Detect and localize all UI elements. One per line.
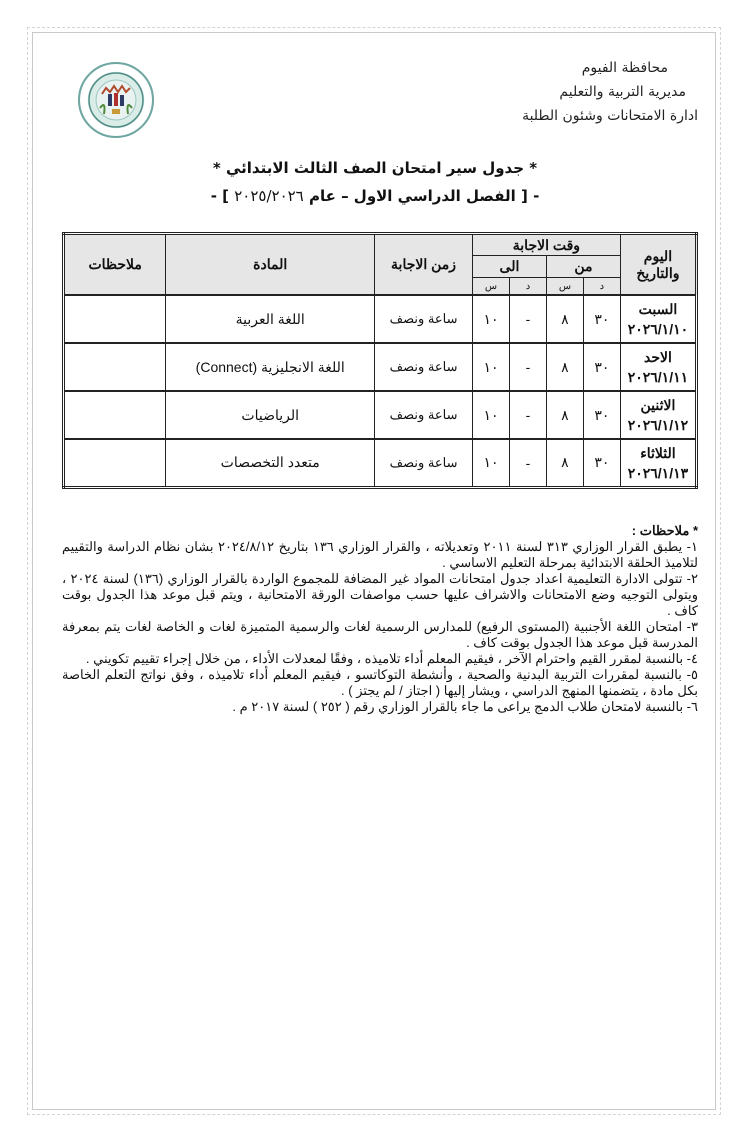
subject: اللغة العربية	[166, 295, 375, 343]
notes-section: * ملاحظات : ١- يطبق القرار الوزاري ٣١٣ ل…	[62, 523, 698, 715]
header-subject: المادة	[166, 234, 375, 296]
from-hour: ٨	[546, 391, 583, 439]
day-date-cell: الاثنين ٢٠٢٦/١/١٢	[620, 391, 696, 439]
table-row: السبت ٢٠٢٦/١/١٠ ٣٠ ٨ - ١٠ ساعة ونصف اللغ…	[64, 295, 697, 343]
day-name: الثلاثاء	[640, 445, 675, 461]
header-organization-block: محافظة الفيوم مديرية التربية والتعليم اد…	[522, 56, 698, 128]
note-item: ١- يطبق القرار الوزاري ٣١٣ لسنة ٢٠١١ وتع…	[62, 539, 698, 571]
header-answer-time: وقت الاجابة	[473, 234, 621, 256]
exam-date: ٢٠٢٦/١/١٠	[621, 319, 695, 339]
department-name: ادارة الامتحانات وشئون الطلبة	[522, 104, 698, 128]
governorate-name: محافظة الفيوم	[522, 56, 698, 80]
note-item: ٥- بالنسبة لمقررات التربية البدنية والصح…	[62, 667, 698, 699]
duration: ساعة ونصف	[375, 295, 473, 343]
day-name: الاثنين	[640, 397, 675, 413]
exam-schedule-table: اليوم والتاريخ وقت الاجابة زمن الاجابة ا…	[62, 232, 698, 489]
document-title-block: * جدول سير امتحان الصف الثالث الابتدائي …	[0, 154, 750, 210]
table-row: الثلاثاء ٢٠٢٦/١/١٣ ٣٠ ٨ - ١٠ ساعة ونصف م…	[64, 439, 697, 487]
subtitle-suffix: ] -	[211, 187, 229, 205]
row-notes	[64, 391, 166, 439]
page-title: * جدول سير امتحان الصف الثالث الابتدائي …	[0, 154, 750, 182]
exam-date: ٢٠٢٦/١/١٢	[621, 415, 695, 435]
header-day-date: اليوم والتاريخ	[620, 234, 696, 296]
note-item: ٦- بالنسبة لامتحان طلاب الدمج يراعى ما ج…	[62, 699, 698, 715]
day-date-cell: الاحد ٢٠٢٦/١/١١	[620, 343, 696, 391]
from-hour: ٨	[546, 295, 583, 343]
from-minute: ٣٠	[583, 343, 620, 391]
subject: متعدد التخصصات	[166, 439, 375, 487]
from-minute: ٣٠	[583, 439, 620, 487]
duration: ساعة ونصف	[375, 439, 473, 487]
to-hour: ١٠	[473, 391, 510, 439]
header-from: من	[546, 256, 620, 278]
directorate-name: مديرية التربية والتعليم	[522, 80, 698, 104]
day-name: الاحد	[644, 349, 672, 365]
to-hour: ١٠	[473, 439, 510, 487]
to-minute: -	[509, 295, 546, 343]
header-to-minute: د	[509, 278, 546, 296]
header-notes: ملاحظات	[64, 234, 166, 296]
row-notes	[64, 343, 166, 391]
duration: ساعة ونصف	[375, 343, 473, 391]
header-from-hour: س	[546, 278, 583, 296]
note-item: ٣- امتحان اللغة الأجنبية (المستوى الرفيع…	[62, 619, 698, 651]
from-minute: ٣٠	[583, 295, 620, 343]
from-hour: ٨	[546, 439, 583, 487]
to-minute: -	[509, 439, 546, 487]
notes-title: * ملاحظات :	[62, 523, 698, 539]
day-date-cell: السبت ٢٠٢٦/١/١٠	[620, 295, 696, 343]
header-from-minute: د	[583, 278, 620, 296]
row-notes	[64, 295, 166, 343]
subject: الرياضيات	[166, 391, 375, 439]
exam-date: ٢٠٢٦/١/١٣	[621, 463, 695, 483]
to-minute: -	[509, 343, 546, 391]
day-name: السبت	[639, 301, 678, 317]
table-row: الاحد ٢٠٢٦/١/١١ ٣٠ ٨ - ١٠ ساعة ونصف اللغ…	[64, 343, 697, 391]
to-hour: ١٠	[473, 343, 510, 391]
subtitle-term: - [ الفصل الدراسي الاول – عام	[309, 187, 539, 205]
table-row: الاثنين ٢٠٢٦/١/١٢ ٣٠ ٨ - ١٠ ساعة ونصف ال…	[64, 391, 697, 439]
from-minute: ٣٠	[583, 391, 620, 439]
seal-emblem-icon	[86, 70, 146, 130]
subject: اللغة الانجليزية (Connect)	[166, 343, 375, 391]
page-subtitle: - [ الفصل الدراسي الاول – عام ٢٠٢٥/٢٠٢٦ …	[0, 182, 750, 210]
header-to: الى	[473, 256, 547, 278]
row-notes	[64, 439, 166, 487]
header-duration: زمن الاجابة	[375, 234, 473, 296]
note-item: ٤- بالنسبة لمقرر القيم واحترام الآخر ، ف…	[62, 651, 698, 667]
header-to-hour: س	[473, 278, 510, 296]
exam-date: ٢٠٢٦/١/١١	[621, 367, 695, 387]
subtitle-year: ٢٠٢٥/٢٠٢٦	[234, 187, 304, 205]
note-item: ٢- تتولى الادارة التعليمية اعداد جدول ام…	[62, 571, 698, 619]
duration: ساعة ونصف	[375, 391, 473, 439]
day-date-cell: الثلاثاء ٢٠٢٦/١/١٣	[620, 439, 696, 487]
from-hour: ٨	[546, 343, 583, 391]
to-hour: ١٠	[473, 295, 510, 343]
to-minute: -	[509, 391, 546, 439]
ministry-seal-icon	[78, 62, 154, 138]
